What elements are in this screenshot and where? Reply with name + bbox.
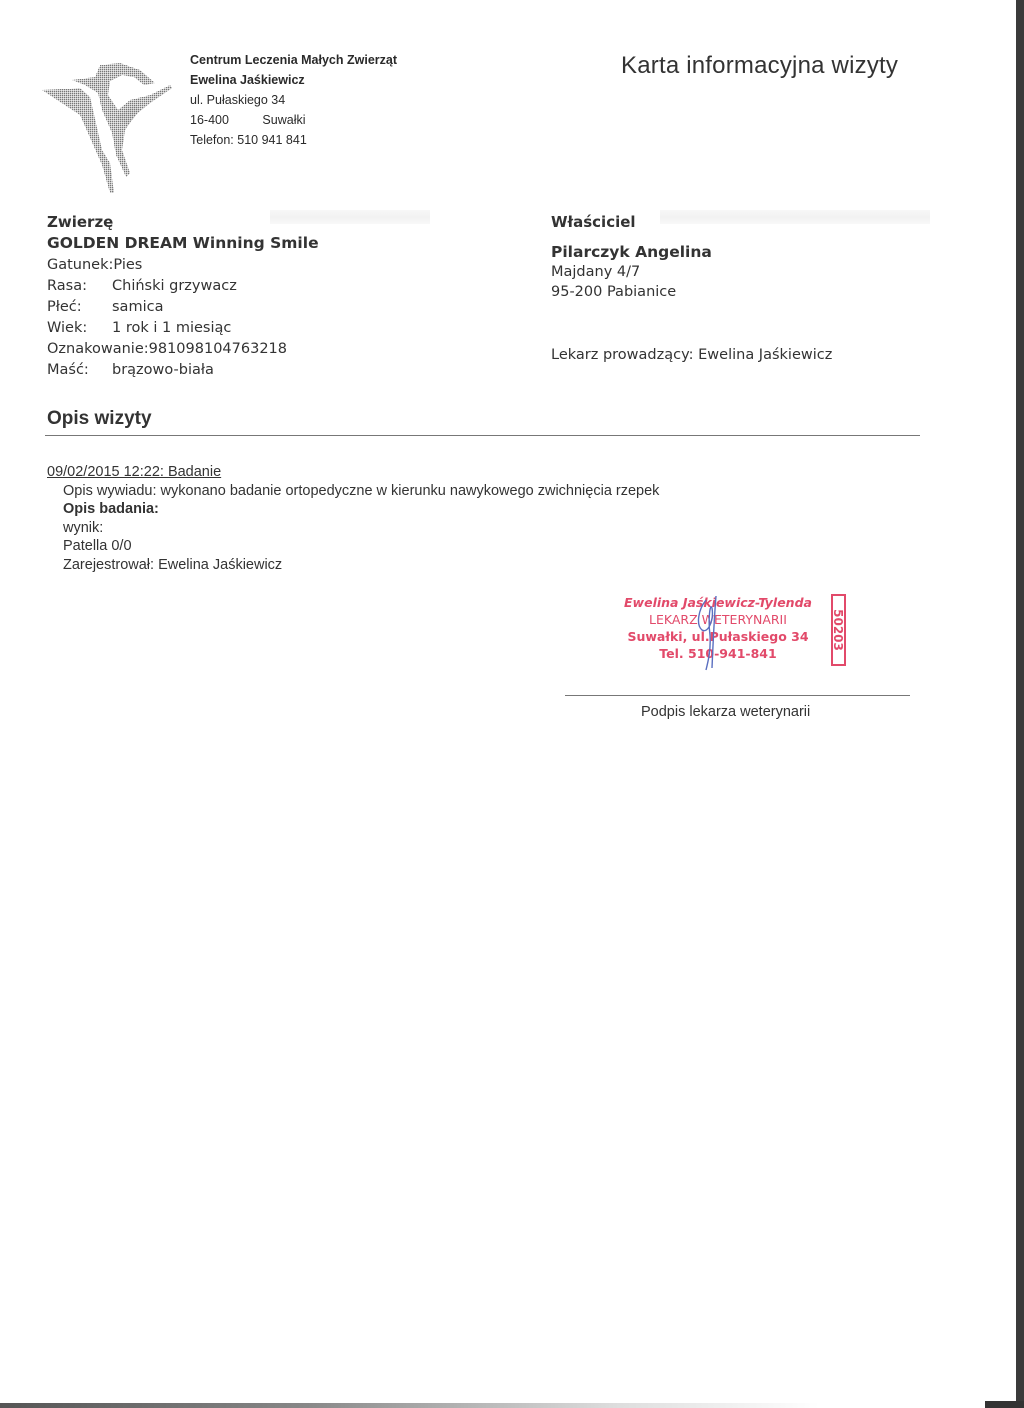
coat-label: Maść: [47, 360, 112, 381]
visit-interview: Opis wywiadu: wykonano badanie ortopedyc… [63, 482, 659, 501]
scan-edge-bottom [0, 1403, 1024, 1408]
sex-value: samica [112, 297, 163, 318]
animal-section: Zwierzę GOLDEN DREAM Winning Smile Gatun… [47, 212, 319, 381]
document-title: Karta informacyjna wizyty [621, 52, 898, 80]
owner-name: Pilarczyk Angelina [551, 242, 832, 262]
animal-coat-row: Maść: brązowo-biała [47, 360, 319, 381]
breed-value: Chiński grzywacz [112, 276, 237, 297]
clinic-postal-code: 16-400 [190, 113, 229, 127]
doctor-label: Lekarz prowadzący: [551, 347, 694, 363]
clinic-name: Centrum Leczenia Małych Zwierząt [190, 50, 397, 70]
species-label: Gatunek: [47, 255, 113, 276]
visit-date-title: 09/02/2015 12:22: Badanie [47, 463, 659, 482]
animal-heading: Zwierzę [47, 212, 319, 233]
age-value: 1 rok i 1 miesiąc [112, 318, 231, 339]
visit-entry: 09/02/2015 12:22: Badanie Opis wywiadu: … [47, 463, 659, 574]
result-value: Patella 0/0 [63, 537, 659, 556]
doctor-name: Ewelina Jaśkiewicz [698, 347, 832, 363]
visit-divider [45, 435, 920, 436]
signature-label: Podpis lekarza weterynarii [641, 704, 810, 720]
animal-species-row: Gatunek: Pies [47, 255, 319, 276]
bird-v-logo-icon [40, 55, 175, 195]
owner-heading: Właściciel [551, 212, 832, 232]
attending-doctor: Lekarz prowadzący: Ewelina Jaśkiewicz [551, 345, 832, 365]
visit-entry-body: Opis wywiadu: wykonano badanie ortopedyc… [47, 482, 659, 575]
clinic-owner: Ewelina Jaśkiewicz [190, 70, 397, 90]
coat-value: brązowo-biała [112, 360, 214, 381]
result-label: wynik: [63, 519, 659, 538]
scan-edge-right [1016, 0, 1024, 1408]
signature-line [565, 695, 910, 696]
marking-value: 981098104763218 [149, 339, 287, 360]
animal-breed-row: Rasa: Chiński grzywacz [47, 276, 319, 297]
clinic-phone: Telefon: 510 941 841 [190, 130, 397, 150]
visit-heading: Opis wizyty [47, 408, 152, 430]
owner-city: 95-200 Pabianice [551, 282, 832, 302]
clinic-postal: 16-400 Suwałki [190, 110, 397, 130]
owner-section: Właściciel Pilarczyk Angelina Majdany 4/… [551, 212, 832, 365]
owner-street: Majdany 4/7 [551, 262, 832, 282]
animal-marking-row: Oznakowanie: 981098104763218 [47, 339, 319, 360]
animal-sex-row: Płeć: samica [47, 297, 319, 318]
breed-label: Rasa: [47, 276, 112, 297]
clinic-street: ul. Pułaskiego 34 [190, 90, 397, 110]
veterinarian-stamp: Ewelina Jaśkiewicz-Tylenda LEKARZ WETERY… [612, 594, 852, 670]
animal-name: GOLDEN DREAM Winning Smile [47, 233, 319, 254]
age-label: Wiek: [47, 318, 112, 339]
clinic-info: Centrum Leczenia Małych Zwierząt Ewelina… [190, 50, 397, 150]
stamp-license-number: 50203 [831, 609, 845, 651]
animal-age-row: Wiek: 1 rok i 1 miesiąc [47, 318, 319, 339]
signature-scribble-icon [688, 590, 728, 675]
sex-label: Płeć: [47, 297, 112, 318]
marking-label: Oznakowanie: [47, 339, 149, 360]
species-value: Pies [113, 255, 142, 276]
exam-label: Opis badania: [63, 500, 659, 519]
clinic-city: Suwałki [262, 113, 305, 127]
scan-edge-corner [985, 1401, 1024, 1408]
registered-by: Zarejestrował: Ewelina Jaśkiewicz [63, 556, 659, 575]
